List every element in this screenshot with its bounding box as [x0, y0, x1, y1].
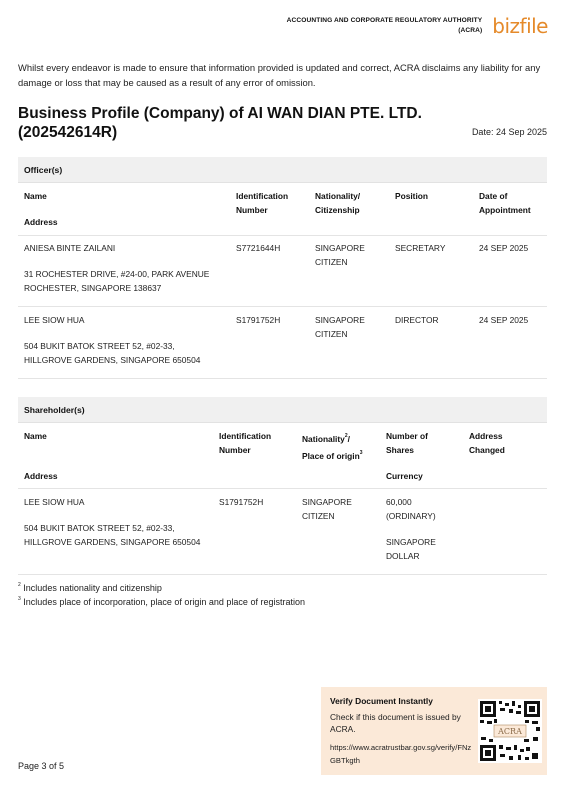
- officer-address: 504 BUKIT BATOK STREET 52, #02-33, HILLG…: [24, 339, 224, 367]
- shareholders-col-id: Identification Number: [219, 429, 291, 457]
- shareholders-col-address-changed: Address Changed: [469, 429, 529, 457]
- divider: [18, 306, 547, 307]
- svg-text:ACRA: ACRA: [497, 727, 522, 736]
- qr-code[interactable]: ACRA: [478, 699, 542, 763]
- officers-col-id: Identification Number: [236, 189, 308, 217]
- divider: [18, 378, 547, 379]
- document-date: Date: 24 Sep 2025: [472, 127, 547, 137]
- shareholders-col-shares: Number of Shares: [386, 429, 446, 457]
- shareholder-nationality: SINGAPORE CITIZEN: [302, 495, 364, 523]
- divider: [18, 235, 547, 236]
- disclaimer-text: Whilst every endeavor is made to ensure …: [18, 60, 543, 90]
- officers-col-address: Address: [24, 215, 58, 229]
- officer-id: S1791752H: [236, 313, 280, 327]
- officers-col-date: Date of Appointment: [479, 189, 547, 217]
- officer-name: LEE SIOW HUA: [24, 313, 85, 327]
- shareholders-col-address: Address: [24, 469, 58, 483]
- bizfile-logo: bizfile: [492, 15, 548, 37]
- shareholders-section-header: Shareholder(s): [18, 397, 547, 423]
- shareholder-address: 504 BUKIT BATOK STREET 52, #02-33, HILLG…: [24, 521, 204, 549]
- document-header: ACCOUNTING AND CORPORATE REGULATORY AUTH…: [287, 15, 548, 37]
- officer-appointment-date: 24 SEP 2025: [479, 241, 528, 255]
- officers-col-position: Position: [395, 189, 428, 203]
- verify-description: Check if this document is issued by ACRA…: [330, 711, 475, 735]
- verify-document-panel: Verify Document Instantly Check if this …: [321, 687, 547, 775]
- officers-col-name: Name: [24, 189, 47, 203]
- officer-position: DIRECTOR: [395, 313, 439, 327]
- page-indicator: Page 3 of 5: [18, 761, 64, 771]
- shareholders-col-currency: Currency: [386, 469, 423, 483]
- shareholder-currency: SINGAPORE DOLLAR: [386, 535, 448, 563]
- shareholder-shares: 60,000 (ORDINARY): [386, 495, 448, 523]
- officer-position: SECRETARY: [395, 241, 445, 255]
- officer-address: 31 ROCHESTER DRIVE, #24-00, PARK AVENUE …: [24, 267, 229, 295]
- verify-url-link[interactable]: https://www.acratrustbar.gov.sg/verify/F…: [330, 741, 475, 767]
- officers-col-nationality: Nationality/ Citizenship: [315, 189, 385, 217]
- footnote: 3 Includes place of incorporation, place…: [18, 596, 305, 607]
- officer-name: ANIESA BINTE ZAILANI: [24, 241, 115, 255]
- page-title: Business Profile (Company) of AI WAN DIA…: [18, 104, 438, 142]
- divider: [18, 488, 547, 489]
- officer-id: S7721644H: [236, 241, 280, 255]
- verify-title: Verify Document Instantly: [330, 696, 433, 706]
- shareholders-col-nationality: Nationality2/ Place of origin3: [302, 429, 382, 463]
- divider: [18, 574, 547, 575]
- officer-nationality: SINGAPORE CITIZEN: [315, 313, 377, 341]
- shareholder-id: S1791752H: [219, 495, 263, 509]
- officer-appointment-date: 24 SEP 2025: [479, 313, 528, 327]
- officer-nationality: SINGAPORE CITIZEN: [315, 241, 377, 269]
- footnote: 2 Includes nationality and citizenship: [18, 582, 162, 593]
- shareholder-name: LEE SIOW HUA: [24, 495, 85, 509]
- shareholders-col-name: Name: [24, 429, 47, 443]
- officers-section-header: Officer(s): [18, 157, 547, 183]
- authority-name: ACCOUNTING AND CORPORATE REGULATORY AUTH…: [287, 16, 483, 36]
